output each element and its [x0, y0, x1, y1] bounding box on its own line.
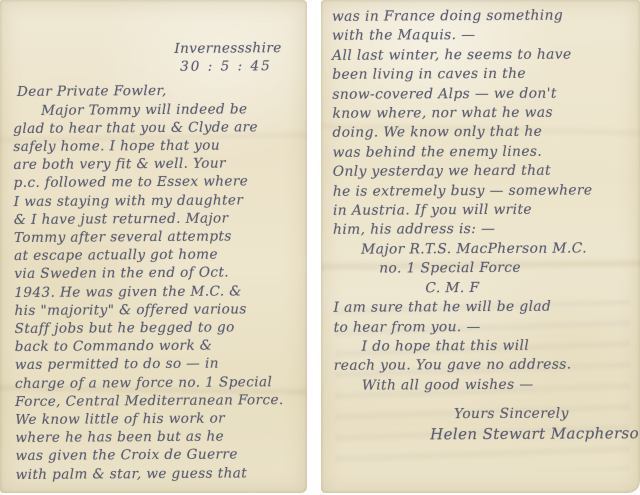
letter-line: safely home. I hope that you — [13, 136, 298, 156]
letter-line: was behind the enemy lines. — [333, 142, 634, 163]
letter-line: glad to hear that you & Clyde are — [13, 118, 298, 138]
scan-page-gap — [307, 0, 321, 495]
letter-line: We know little of his work or — [15, 409, 300, 429]
letter-line: Major Tommy will indeed be — [13, 100, 298, 120]
letter-line: via Sweden in the end of Oct. — [14, 263, 299, 283]
letter-line: I was staying with my daughter — [14, 191, 299, 211]
letter-line: Helen Stewart Macpherson — [334, 424, 635, 445]
letter-line: was permitted to do so — in — [15, 354, 300, 374]
letter-scan: Invernessshire30 : 5 : 45Dear Private Fo… — [0, 0, 640, 495]
letter-line: Tommy after several attempts — [14, 227, 299, 247]
letter-line: in Austria. If you will write — [333, 200, 634, 221]
letter-line: back to Commando work & — [15, 336, 300, 356]
letter-line: been living in caves in the — [332, 64, 633, 85]
letter-page-right: was in France doing somethingwith the Ma… — [321, 0, 640, 493]
letter-line: Yours Sincerely — [334, 404, 635, 425]
letter-line: Force, Central Mediterranean Force. — [15, 391, 300, 411]
letter-line: him, his address is: — — [333, 220, 634, 241]
letter-line: to hear from you. — — [334, 317, 635, 338]
letter-line: Staff jobs but he begged to go — [15, 318, 300, 338]
letter-line: his "majority" & offered various — [14, 300, 299, 320]
letter-line: & I have just returned. Major — [14, 209, 299, 229]
letter-line: All last winter, he seems to have — [332, 45, 633, 66]
letter-line: I am sure that he will be glad — [333, 297, 634, 318]
letter-line: I do hope that this will — [334, 336, 635, 357]
letter-line: he is extremely busy — somewhere — [333, 181, 634, 202]
letter-line: reach you. You gave no address. — [334, 356, 635, 377]
letter-line: with the Maquis. — — [332, 26, 633, 47]
letter-page-left: Invernessshire30 : 5 : 45Dear Private Fo… — [0, 0, 307, 493]
letter-line: With all good wishes — — [334, 375, 635, 396]
letter-line: know where, nor what he was — [332, 103, 633, 124]
letter-line: doing. We know only that he — [332, 123, 633, 144]
letter-line: are both very fit & well. Your — [13, 154, 298, 174]
letter-line: at escape actually got home — [14, 245, 299, 265]
letter-line: 30 : 5 : 45 — [13, 57, 298, 77]
letter-line: Major R.T.S. MacPherson M.C. — [333, 239, 634, 260]
letter-line: no. 1 Special Force — [333, 258, 634, 279]
letter-line: was given the Croix de Guerre — [15, 445, 300, 465]
letter-text-right: was in France doing somethingwith the Ma… — [321, 0, 640, 445]
letter-line: was in France doing something — [332, 6, 633, 27]
letter-line: charge of a new force no. 1 Special — [15, 373, 300, 393]
letter-line: where he has been but as he — [15, 427, 300, 447]
letter-text-left: Invernessshire30 : 5 : 45Dear Private Fo… — [0, 0, 307, 484]
letter-line: snow-covered Alps — we don't — [332, 84, 633, 105]
letter-line: C. M. F — [333, 278, 634, 299]
letter-line: with palm & star, we guess that — [16, 464, 301, 484]
letter-line: Invernessshire — [13, 39, 298, 59]
letter-line: Only yesterday we heard that — [333, 161, 634, 182]
letter-line: 1943. He was given the M.C. & — [14, 282, 299, 302]
letter-line: Dear Private Fowler, — [13, 81, 298, 101]
letter-line: p.c. followed me to Essex where — [14, 172, 299, 192]
